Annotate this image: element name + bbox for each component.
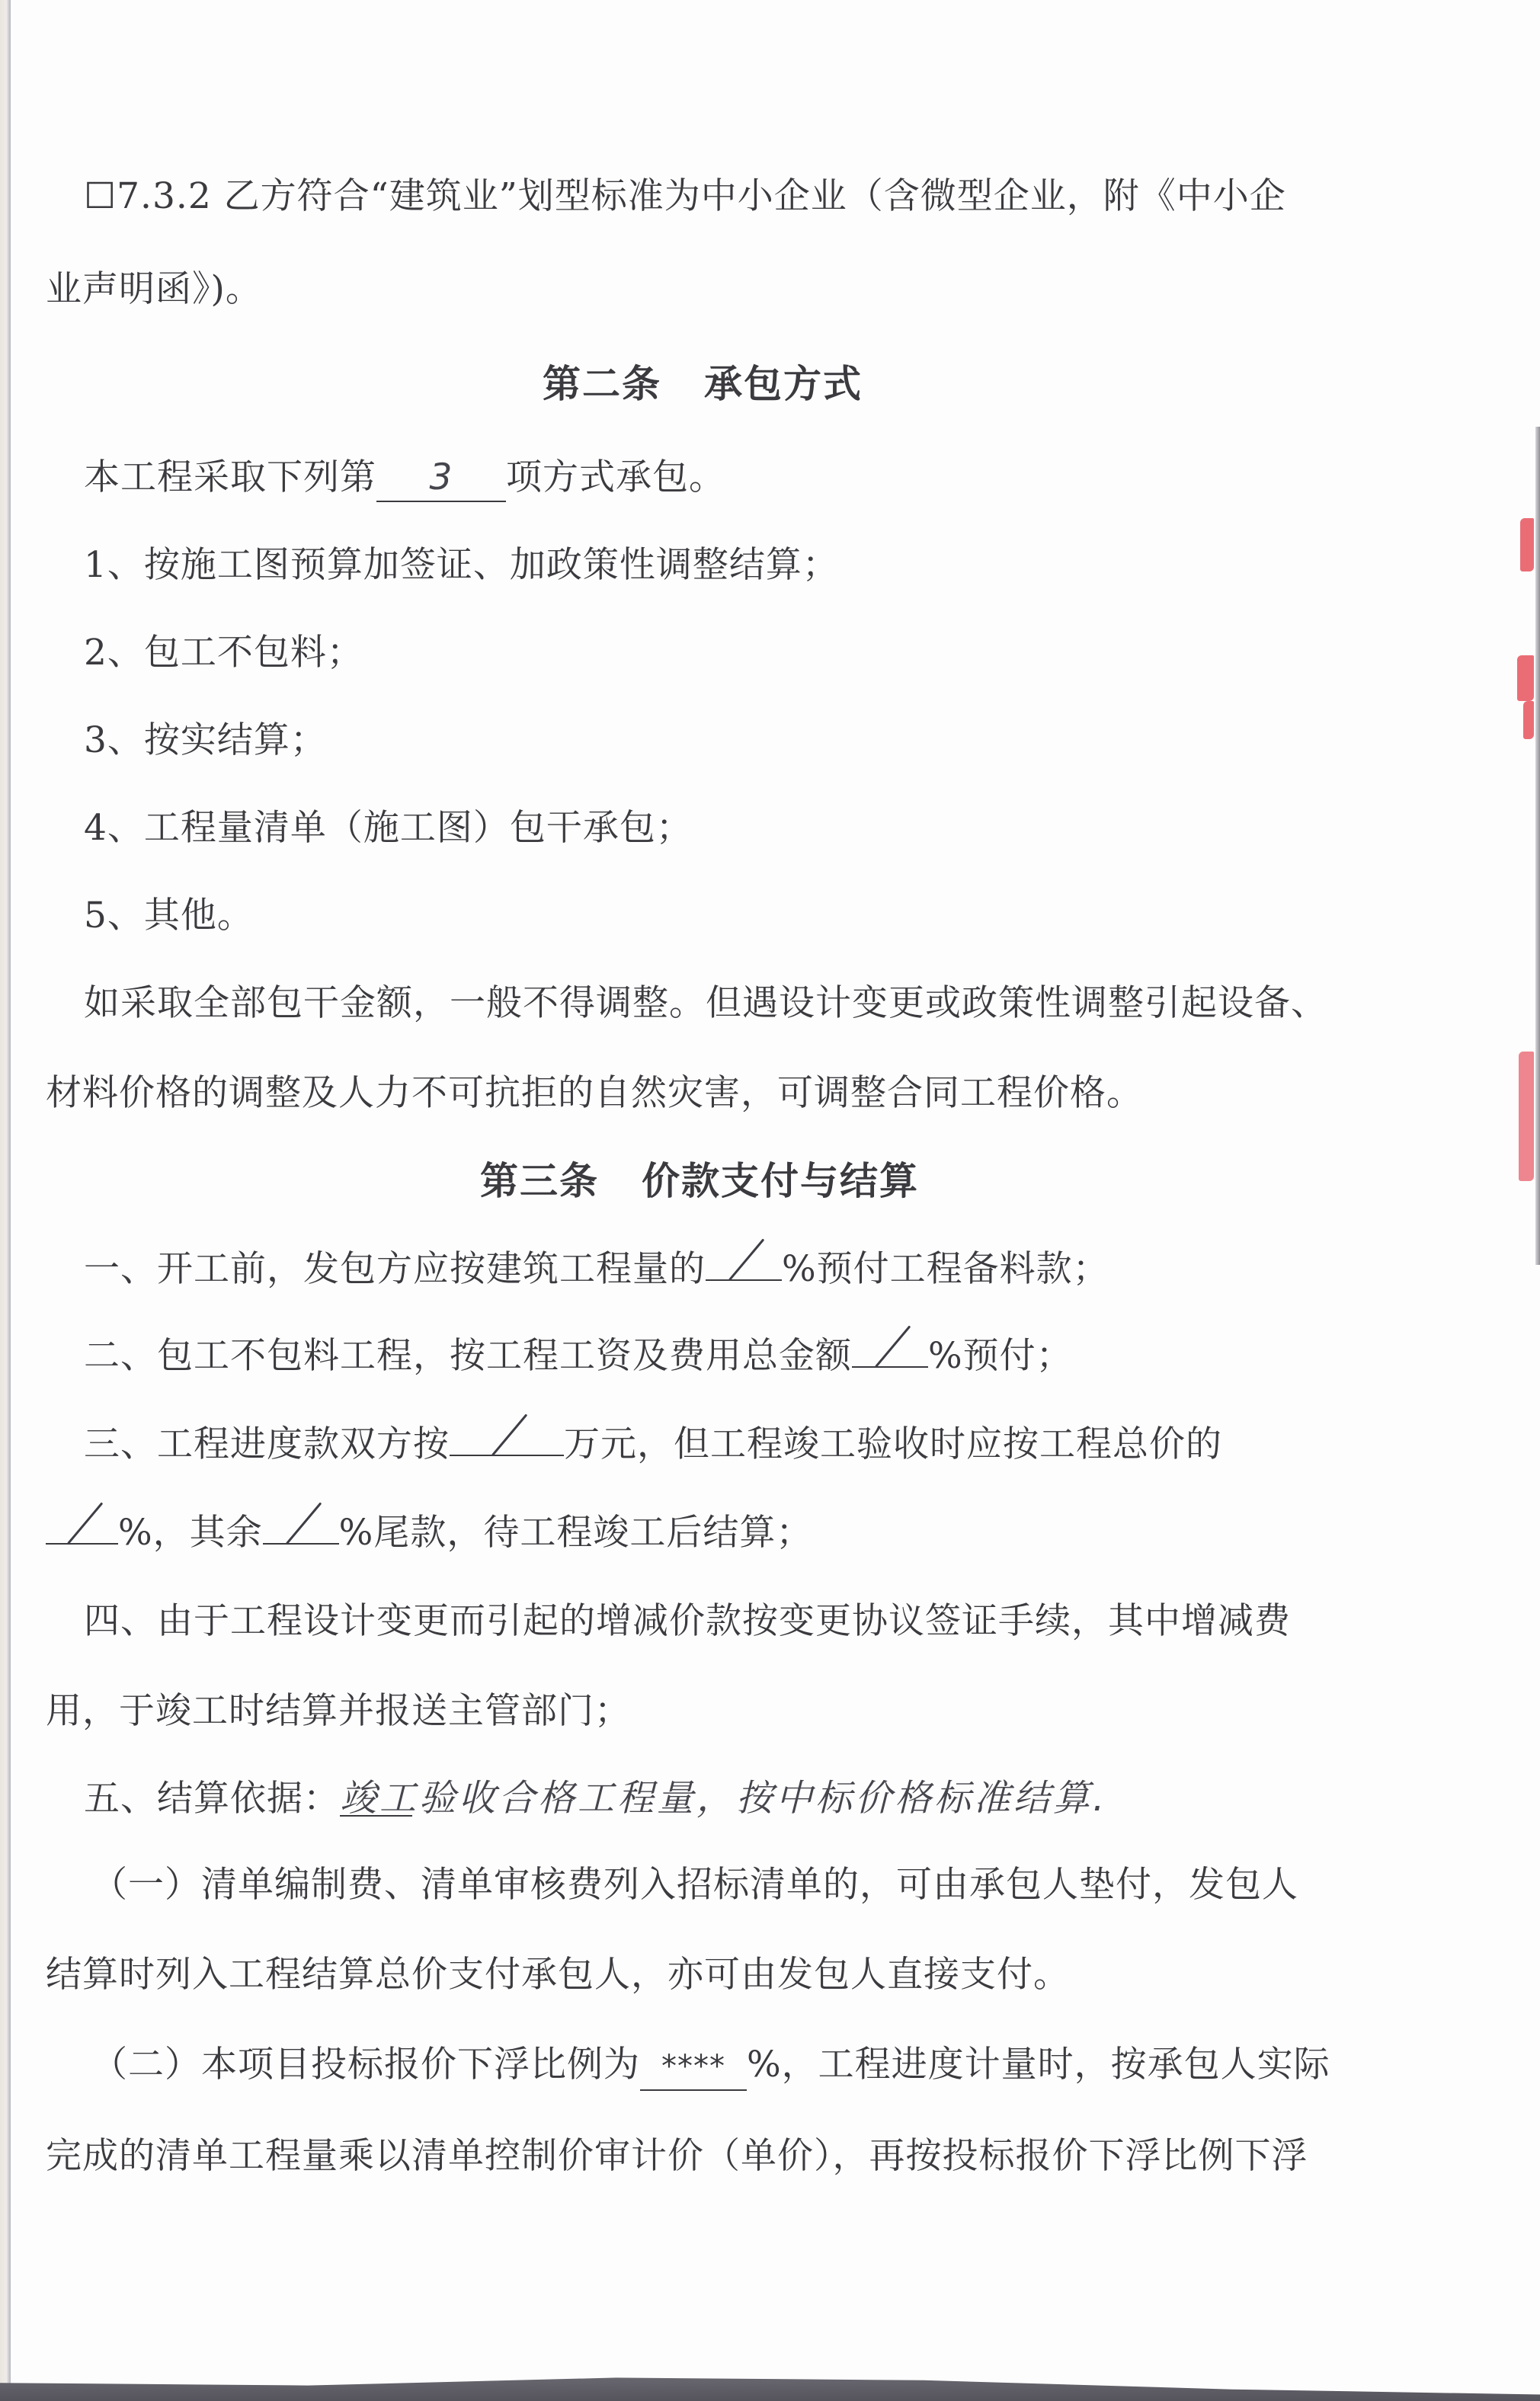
acceptance-percent-field [46, 1543, 118, 1545]
article-number: 第三条 [480, 1158, 599, 1203]
item-text: 一、开工前，发包方应按建筑工程量的 [84, 1248, 706, 1290]
payment-item-3-line1: 三、工程进度款双方按万元，但工程竣工验收时应按工程总价的 [84, 1422, 1222, 1468]
clause-7-3-2-line1: ☐7.3.2 乙方符合“建筑业”划型标准为中小企业（含微型企业，附《中小企 [84, 174, 1286, 219]
item-text-after: %预付； [928, 1335, 1073, 1377]
document-page: ☐7.3.2 乙方符合“建筑业”划型标准为中小企业（含微型企业，附《中小企 业声… [0, 0, 1540, 2401]
payment-item-4-line2: 用，于竣工时结算并报送主管部门； [46, 1689, 631, 1734]
strike-slash-mark [875, 1325, 911, 1368]
checkbox-icon: ☐ [84, 175, 117, 217]
item-label: 五、结算依据： [84, 1778, 340, 1820]
article-3-heading: 第三条价款支付与结算 [480, 1157, 919, 1205]
article-2-note-line2: 材料价格的调整及人力不可抗拒的自然灾害，可调整合同工程价格。 [46, 1071, 1143, 1116]
item-text: %，其余 [118, 1512, 263, 1554]
sub-item-2-line2: 完成的清单工程量乘以清单控制价审计价（单价），再按投标报价下浮比例下浮 [46, 2134, 1308, 2179]
item-text-after: %预付工程备料款； [782, 1248, 1109, 1290]
item-text-after: 万元，但工程竣工验收时应按工程总价的 [564, 1423, 1222, 1465]
bid-discount-field: **** [640, 2044, 747, 2091]
option-1: 1、按施工图预算加签证、加政策性调整结算； [84, 543, 839, 588]
payment-item-1: 一、开工前，发包方应按建筑工程量的%预付工程备料款； [84, 1247, 1109, 1292]
article-2-note-line1: 如采取全部包干金额，一般不得调整。但遇设计变更或政策性调整引起设备、 [84, 981, 1327, 1026]
article-2-intro: 本工程采取下列第3项方式承包。 [84, 455, 725, 502]
seal-stamp-fragment [1523, 701, 1534, 739]
option-5: 5、其他。 [84, 893, 254, 939]
intro-text: 本工程采取下列第 [84, 456, 376, 498]
contract-mode-value: 3 [430, 456, 453, 498]
sub-item-1-line1: （一）清单编制费、清单审核费列入招标清单的，可由承包人垫付，发包人 [91, 1862, 1298, 1908]
labor-advance-percent-field [852, 1366, 928, 1368]
strike-slash-mark [728, 1238, 764, 1281]
sub-item-2-line1: （二）本项目投标报价下浮比例为****%，工程进度计量时，按承包人实际 [91, 2042, 1330, 2091]
item-text: （二）本项目投标报价下浮比例为 [91, 2044, 640, 2086]
article-2-heading: 第二条承包方式 [543, 360, 863, 408]
strike-slash-mark [67, 1502, 103, 1545]
sub-item-1-line2: 结算时列入工程结算总价支付承包人，亦可由发包人直接支付。 [46, 1952, 1070, 1998]
settlement-basis-handwritten: 竣工验收合格工程量，按中标价格标准结算. [340, 1775, 1107, 1821]
seal-stamp-fragment [1520, 518, 1534, 571]
option-4: 4、工程量清单（施工图）包干承包； [84, 805, 693, 851]
clause-text: 7.3.2 乙方符合“建筑业”划型标准为中小企业（含微型企业，附《中小企 [117, 175, 1286, 217]
payment-item-5: 五、结算依据：竣工验收合格工程量，按中标价格标准结算. [84, 1775, 1107, 1822]
option-2: 2、包工不包料； [84, 630, 363, 676]
paper-left-edge [0, 0, 11, 2401]
article-number: 第二条 [543, 361, 661, 406]
payment-item-4-line1: 四、由于工程设计变更而引起的增减价款按变更协议签证手续，其中增减费 [84, 1599, 1291, 1644]
article-title: 价款支付与结算 [642, 1158, 919, 1203]
item-text: 三、工程进度款双方按 [84, 1423, 450, 1465]
seal-stamp-fragment [1519, 1052, 1534, 1181]
item-text-after: %，工程进度计量时，按承包人实际 [747, 2044, 1330, 2086]
intro-text-after: 项方式承包。 [506, 456, 725, 498]
progress-payment-field [450, 1455, 564, 1456]
bid-discount-value: **** [661, 2049, 725, 2084]
option-3: 3、按实结算； [84, 718, 327, 764]
item-text-after: %尾款，待工程竣工后结算； [339, 1512, 813, 1554]
strike-slash-mark [286, 1502, 322, 1545]
contract-mode-field: 3 [376, 455, 506, 502]
settlement-basis-value: 竣工验收合格工程量，按中标价格标准结算. [340, 1777, 1107, 1820]
article-title: 承包方式 [704, 361, 863, 406]
advance-percent-field [706, 1279, 782, 1281]
payment-item-2: 二、包工不包料工程，按工程工资及费用总金额%预付； [84, 1333, 1073, 1379]
item-text: 二、包工不包料工程，按工程工资及费用总金额 [84, 1335, 852, 1377]
strike-slash-mark [491, 1413, 527, 1456]
page-bottom-shadow [0, 2375, 1540, 2401]
payment-item-3-line2: %，其余%尾款，待工程竣工后结算； [46, 1510, 812, 1556]
retention-percent-field [263, 1543, 339, 1545]
seal-stamp-fragment [1517, 655, 1534, 701]
underline [340, 1815, 412, 1817]
clause-7-3-2-line2: 业声明函》)。 [46, 267, 262, 312]
paper-right-edge [1535, 427, 1540, 1265]
